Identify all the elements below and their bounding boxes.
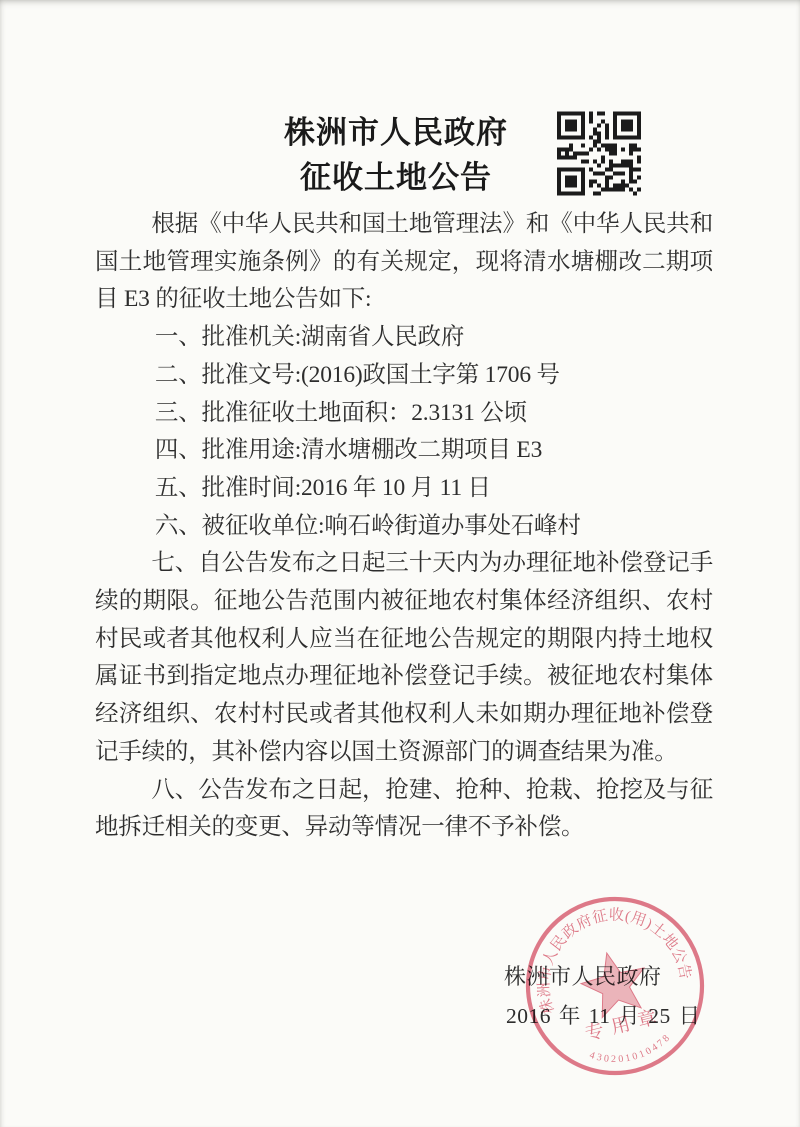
list-item-5: 五、批准时间:2016 年 10 月 11 日 [95,470,713,508]
signature-date: 2016 年 11 月 25 日 [506,1001,701,1031]
announcement-body: 根据《中华人民共和国土地管理法》和《中华人民共和国土地管理实施条例》的有关规定，… [95,206,713,847]
svg-text:株洲市人民政府征收(用)土地公告: 株洲市人民政府征收(用)土地公告 [519,890,695,1016]
document-page: 株洲市人民政府 征收土地公告 根据《中华人民共和国土地管理法》和《中华人民共和国… [0,0,800,1127]
document-title: 株洲市人民政府 征收土地公告 [0,110,792,200]
list-item-4: 四、批准用途:清水塘棚改二期项目 E3 [95,432,713,470]
paragraph-seven: 七、自公告发布之日起三十天内为办理征地补偿登记手续的期限。征地公告范围内被征地农… [95,545,713,771]
seal-arc-text: 株洲市人民政府征收(用)土地公告 [519,890,695,1016]
list-item-6: 六、被征收单位:响石岭街道办事处石峰村 [95,508,713,546]
paragraph-eight: 八、公告发布之日起，抢建、抢种、抢栽、抢挖及与征地拆迁相关的变更、异动等情况一律… [95,772,713,847]
svg-text:430201010478: 430201010478 [586,1030,677,1074]
intro-paragraph: 根据《中华人民共和国土地管理法》和《中华人民共和国土地管理实施条例》的有关规定，… [95,206,713,319]
list-item-2: 二、批准文号:(2016)政国土字第 1706 号 [95,357,713,395]
list-item-3: 三、批准征收土地面积：2.3131 公顷 [95,395,713,433]
title-line-2: 征收土地公告 [0,155,792,200]
qr-code-icon [557,111,641,196]
seal-code: 430201010478 [586,1030,677,1074]
signature-issuer: 株洲市人民政府 [504,962,662,992]
list-item-1: 一、批准机关:湖南省人民政府 [95,319,713,357]
title-line-1: 株洲市人民政府 [0,110,792,155]
